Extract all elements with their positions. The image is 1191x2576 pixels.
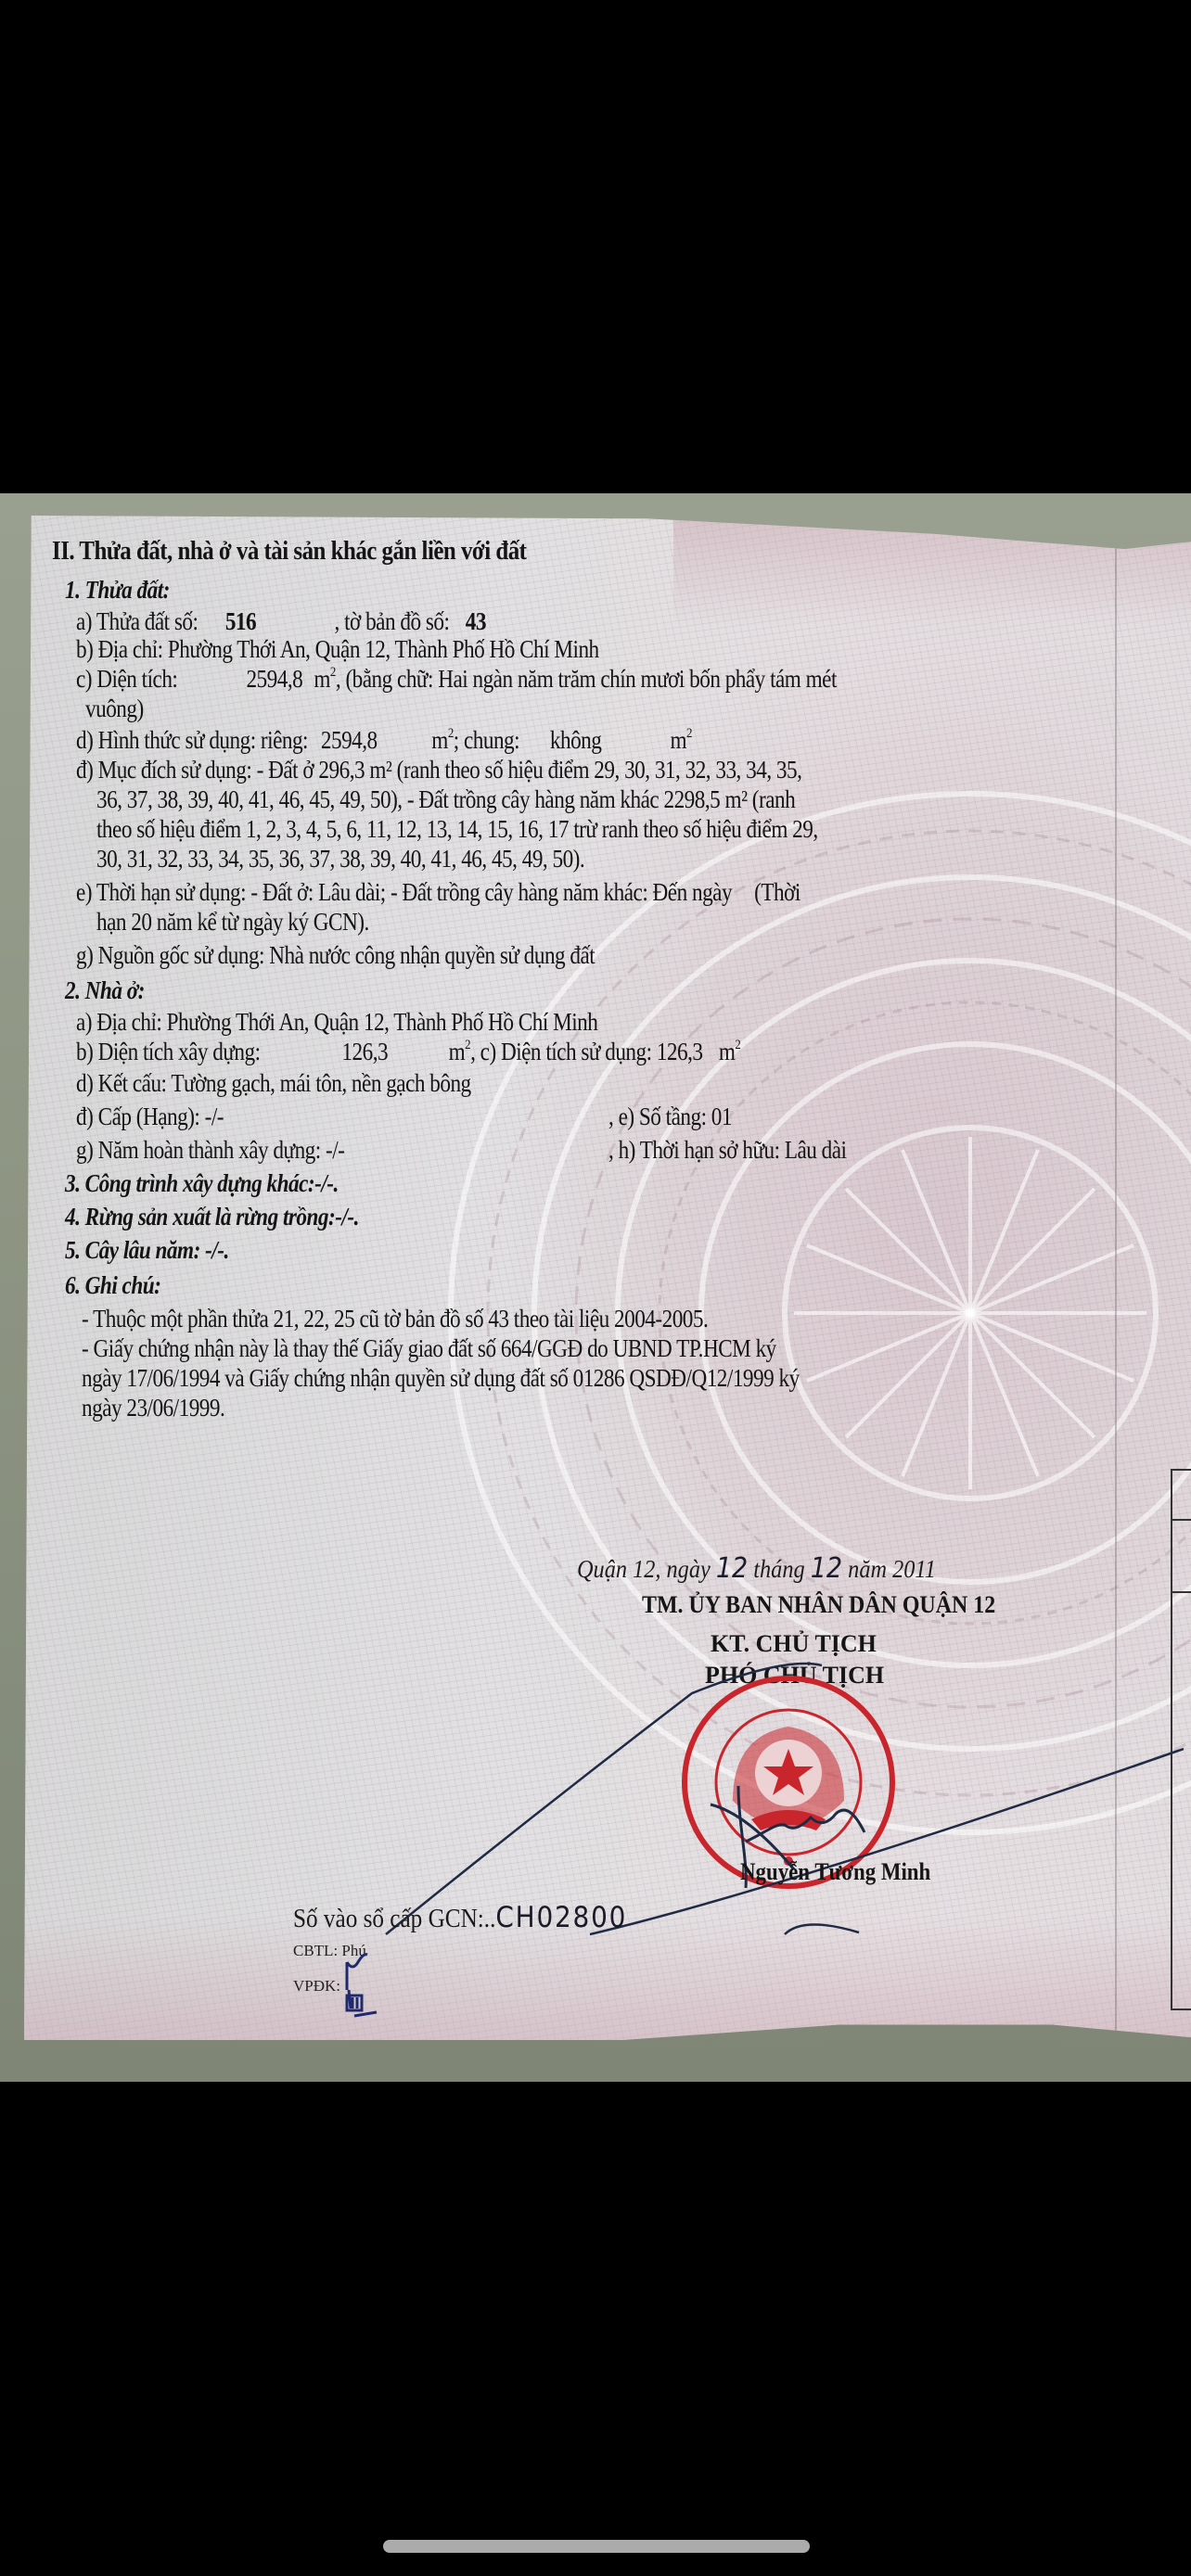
house-completion-year: g) Năm hoàn thành xây dựng: -/- bbox=[76, 1135, 344, 1165]
usage-term-line-2: hạn 20 năm kể từ ngày ký GCN). bbox=[96, 907, 369, 937]
other-construction: 3. Công trình xây dựng khác:-/-. bbox=[65, 1168, 339, 1198]
usage-purpose-line-3: theo số hiệu điểm 1, 2, 3, 4, 5, 6, 11, … bbox=[96, 814, 818, 844]
usage-purpose-line-4: 30, 31, 32, 33, 34, 35, 36, 37, 38, 39, … bbox=[96, 844, 584, 874]
usage-term-line-1: e) Thời hạn sử dụng: - Đất ở: Lâu dài; -… bbox=[76, 877, 800, 907]
usage-common-label: ; chung: bbox=[454, 726, 519, 754]
map-sheet-number: 43 bbox=[466, 607, 486, 635]
usage-form-line: d) Hình thức sử dụng: riêng: 2594,8 m2; … bbox=[76, 725, 692, 755]
paper-fold bbox=[1115, 516, 1117, 2040]
map-sheet-label: , tờ bản đồ số: bbox=[335, 607, 450, 635]
usage-common-value: không bbox=[550, 726, 601, 754]
area-label: c) Diện tích: bbox=[76, 665, 177, 693]
land-area-line: c) Diện tích: 2594,8 m2, (bằng chữ: Hai … bbox=[76, 664, 837, 694]
house-address: a) Địa chỉ: Phường Thới An, Quận 12, Thà… bbox=[76, 1007, 597, 1037]
issuing-authority: TM. ỦY BAN NHÂN DÂN QUẬN 12 bbox=[642, 1591, 995, 1619]
house-ownership-term: , h) Thời hạn sở hữu: Lâu dài bbox=[608, 1135, 846, 1165]
usage-form-label: d) Hình thức sử dụng: riêng: bbox=[76, 726, 308, 754]
planted-forest: 4. Rừng sản xuất là rừng trồng:-/-. bbox=[65, 1202, 359, 1231]
construction-area-label: b) Diện tích xây dựng: bbox=[76, 1038, 261, 1065]
house-structure: d) Kết cấu: Tường gạch, mái tôn, nền gạc… bbox=[76, 1068, 471, 1098]
house-grade: đ) Cấp (Hạng): -/- bbox=[76, 1102, 224, 1131]
issue-year: 2011 bbox=[892, 1555, 936, 1583]
area-unit: m2 bbox=[314, 665, 335, 693]
house-floors: , e) Số tầng: 01 bbox=[608, 1102, 732, 1131]
note-line-3: ngày 17/06/1994 và Giấy chứng nhận quyền… bbox=[82, 1363, 800, 1393]
issue-day: 12 bbox=[716, 1552, 748, 1585]
parcel-label: a) Thửa đất số: bbox=[76, 607, 198, 635]
notes-heading: 6. Ghi chú: bbox=[65, 1270, 160, 1300]
note-line-1: - Thuộc một phần thửa 21, 22, 25 cũ tờ b… bbox=[82, 1304, 708, 1333]
side-table-frame bbox=[1171, 1469, 1191, 2010]
document-photo: II. Thửa đất, nhà ở và tài sản khác gắn … bbox=[0, 493, 1191, 2082]
note-line-4: ngày 23/06/1999. bbox=[82, 1393, 224, 1422]
home-indicator[interactable] bbox=[383, 2540, 810, 2553]
parcel-number: 516 bbox=[225, 607, 256, 635]
usage-purpose-line-1: đ) Mục đích sử dụng: - Đất ở 296,3 m² (r… bbox=[76, 755, 801, 784]
area-in-words-cont: vuông) bbox=[85, 694, 144, 723]
signer-title-1: KT. CHỦ TỊCH bbox=[711, 1630, 877, 1658]
land-parcel-line: a) Thửa đất số: 516 , tờ bản đồ số: 43 bbox=[76, 606, 486, 636]
land-certificate-page: II. Thửa đất, nhà ở và tài sản khác gắn … bbox=[24, 516, 1191, 2040]
issue-month: 12 bbox=[811, 1552, 842, 1585]
signer-name: Nguyễn Tương Minh bbox=[740, 1858, 930, 1886]
area-in-words: , (bằng chữ: Hai ngàn năm trăm chín mươi… bbox=[336, 665, 837, 693]
register-number-value: CH02800 bbox=[495, 1901, 627, 1934]
floor-area: , c) Diện tích sử dụng: 126,3 bbox=[470, 1038, 702, 1065]
land-address: b) Địa chỉ: Phường Thới An, Quận 12, Thà… bbox=[76, 634, 599, 664]
usage-private-area: 2594,8 bbox=[321, 726, 378, 754]
land-heading: 1. Thửa đất: bbox=[65, 575, 170, 605]
usage-origin: g) Nguồn gốc sử dụng: Nhà nước công nhận… bbox=[76, 940, 595, 970]
house-area-line: b) Diện tích xây dựng: 126,3 m2, c) Diện… bbox=[76, 1037, 740, 1066]
construction-area-value: 126,3 bbox=[341, 1038, 388, 1065]
area-value: 2594,8 bbox=[246, 665, 302, 693]
usage-purpose-line-2: 36, 37, 38, 39, 40, 41, 46, 45, 49, 50),… bbox=[96, 784, 795, 814]
issue-date: Quận 12, ngày 12 tháng 12 năm 2011 bbox=[577, 1552, 936, 1585]
initials-mark-icon bbox=[339, 1925, 395, 2027]
house-heading: 2. Nhà ở: bbox=[65, 976, 145, 1005]
note-line-2: - Giấy chứng nhận này là thay thế Giấy g… bbox=[82, 1333, 776, 1363]
vpdk-label: VPĐK: bbox=[293, 1977, 340, 1996]
section-title: II. Thửa đất, nhà ở và tài sản khác gắn … bbox=[52, 536, 526, 566]
perennial-trees: 5. Cây lâu năm: -/-. bbox=[65, 1235, 229, 1265]
